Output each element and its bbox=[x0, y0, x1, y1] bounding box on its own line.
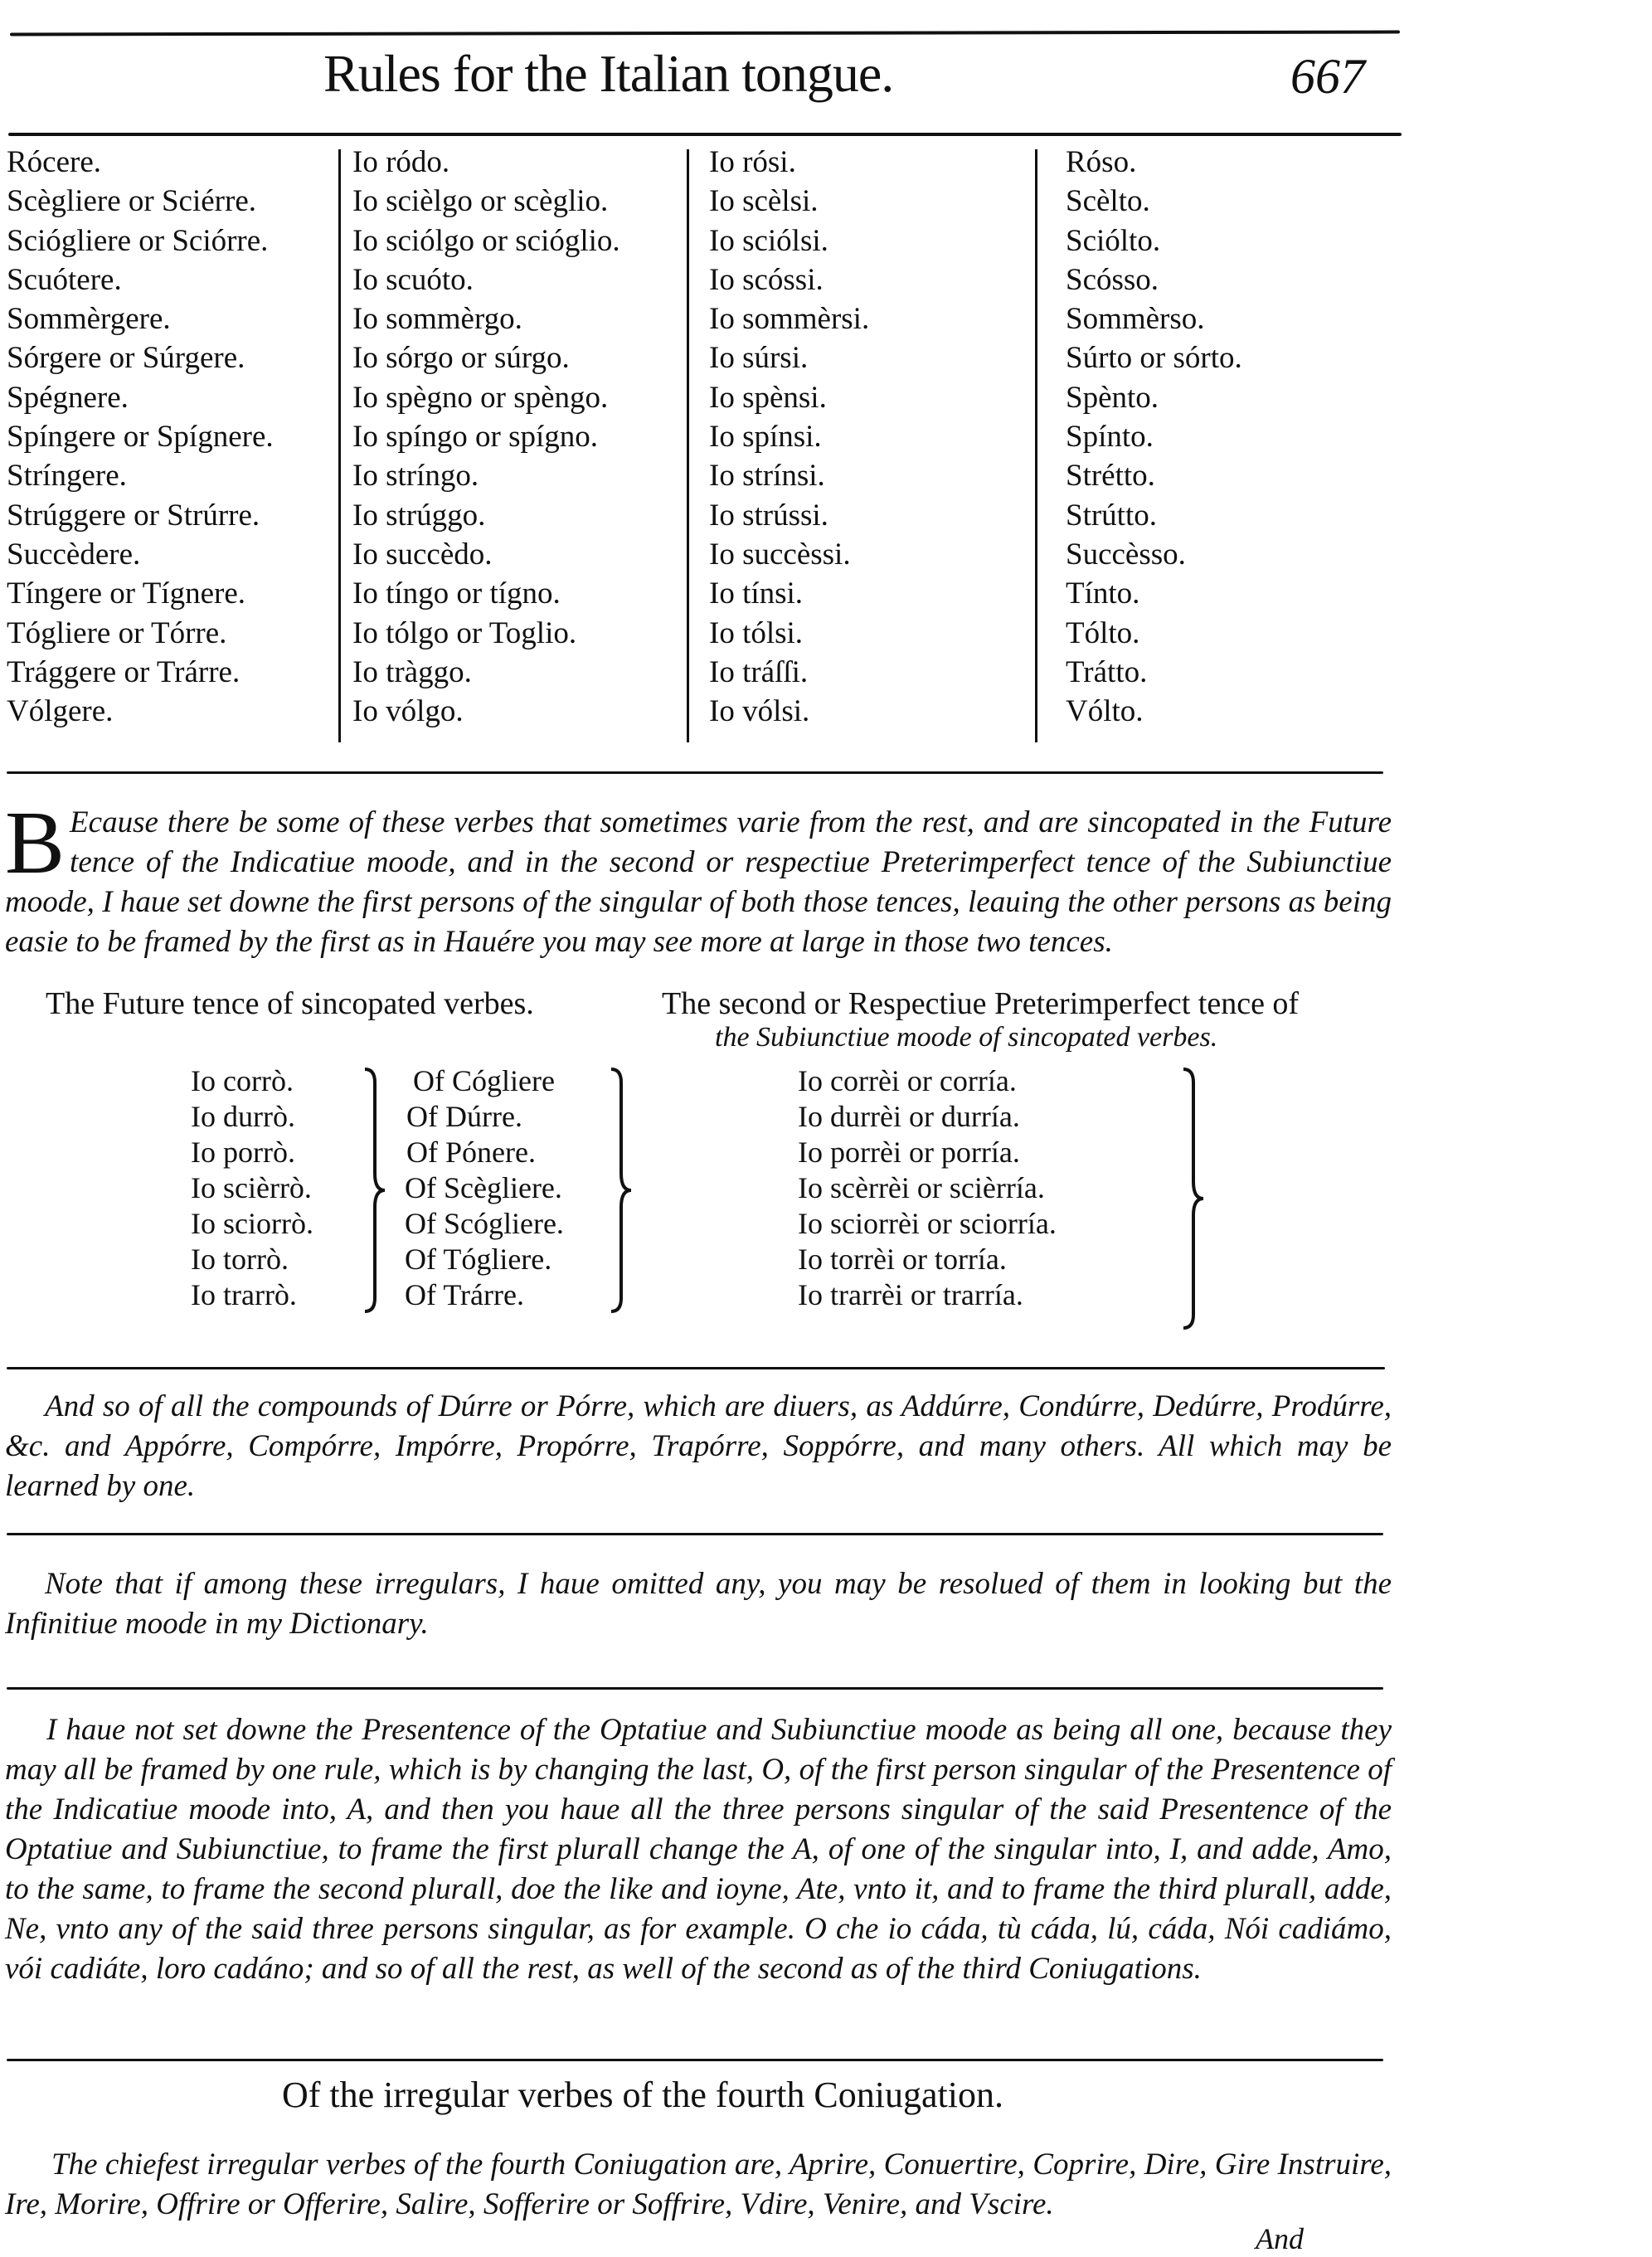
table-cell: Sciólto. bbox=[1066, 221, 1242, 260]
right-brace-icon bbox=[1182, 1066, 1207, 1331]
table-cell: Sciógliere or Sciórre. bbox=[7, 221, 274, 260]
future-form: Io porrò. bbox=[191, 1135, 295, 1171]
future-form: Io scièrrò. bbox=[191, 1170, 312, 1207]
table-cell: Súrto or sórto. bbox=[1066, 338, 1242, 377]
future-source-verb: Of Dúrre. bbox=[406, 1099, 522, 1136]
respectiue-form: Io torrèi or torría. bbox=[798, 1242, 1007, 1278]
table-cell: Io strínsi. bbox=[709, 456, 869, 495]
table-cell: Io tólsi. bbox=[709, 614, 869, 653]
table-cell: Tógliere or Tórre. bbox=[7, 614, 274, 653]
table-cell: Strúggere or Strúrre. bbox=[7, 496, 274, 535]
future-source-verb: Of Trárre. bbox=[405, 1277, 524, 1314]
future-source-verb: Of Cógliere bbox=[413, 1063, 555, 1100]
intro-paragraph: B Ecause there be some of these verbes t… bbox=[5, 803, 1392, 962]
table-cell: Io sciólgo or scióglio. bbox=[352, 221, 620, 260]
table-cell: Sórgere or Súrgere. bbox=[7, 338, 274, 377]
table-cell: Io strússi. bbox=[709, 496, 869, 535]
table-cell: Io vólgo. bbox=[352, 692, 620, 731]
table-cell: Sommèrgere. bbox=[7, 299, 274, 338]
respectiue-form: Io scèrrèi or scièrría. bbox=[798, 1170, 1045, 1207]
irregular-verb-table: Rócere. Scègliere or Sciérre. Sciógliere… bbox=[0, 143, 1652, 748]
table-cell: Stríngere. bbox=[7, 456, 274, 495]
future-form: Io sciorrò. bbox=[191, 1206, 313, 1243]
section-divider bbox=[7, 771, 1383, 774]
respectiue-form: Io trarrèi or trarría. bbox=[798, 1277, 1023, 1314]
table-cell: Io scèlsi. bbox=[709, 182, 869, 221]
table-cell: Scuótere. bbox=[7, 260, 274, 299]
respectiue-form: Io porrèi or porría. bbox=[798, 1135, 1020, 1171]
table-cell: Tínto. bbox=[1066, 574, 1242, 613]
future-source-verb: Of Scógliere. bbox=[405, 1206, 564, 1243]
table-cell: Strétto. bbox=[1066, 456, 1242, 495]
table-cell: Succèsso. bbox=[1066, 535, 1242, 574]
table-cell: Tíngere or Tígnere. bbox=[7, 574, 274, 613]
page-number: 667 bbox=[1290, 48, 1365, 105]
table-cell: Strútto. bbox=[1066, 496, 1242, 535]
table-cell: Io tráſſi. bbox=[709, 653, 869, 692]
section-divider bbox=[7, 1687, 1383, 1690]
intro-text: Ecause there be some of these verbes tha… bbox=[5, 805, 1392, 959]
table-cell: Io sommèrgo. bbox=[352, 299, 620, 338]
future-source-verb: Of Tógliere. bbox=[405, 1242, 551, 1278]
table-cell: Trátto. bbox=[1066, 653, 1242, 692]
note-paragraph: Note that if among these irregulars, I h… bbox=[5, 1564, 1392, 1644]
column-divider bbox=[338, 149, 341, 742]
table-cell: Trággere or Trárre. bbox=[7, 653, 274, 692]
table-cell: Vólgere. bbox=[7, 692, 274, 731]
table-cell: Io súrsi. bbox=[709, 338, 869, 377]
table-cell: Vólto. bbox=[1066, 692, 1242, 731]
table-cell: Spégnere. bbox=[7, 378, 274, 417]
page-title: Rules for the Italian tongue. bbox=[323, 43, 893, 105]
table-cell: Io sciólsi. bbox=[709, 221, 869, 260]
table-cell: Sommèrso. bbox=[1066, 299, 1242, 338]
left-brace-icon bbox=[363, 1066, 388, 1315]
table-cell: Spènto. bbox=[1066, 378, 1242, 417]
participle-column: Róso. Scèlto. Sciólto. Scósso. Sommèrso.… bbox=[1066, 143, 1242, 731]
optatiue-paragraph: I haue not set downe the Presentence of … bbox=[5, 1710, 1392, 1989]
table-cell: Róso. bbox=[1066, 143, 1242, 182]
fourth-coniugation-paragraph: The chiefest irregular verbes of the fou… bbox=[5, 2145, 1392, 2225]
table-cell: Io vólsi. bbox=[709, 692, 869, 731]
table-cell: Rócere. bbox=[7, 143, 274, 182]
future-source-verb: Of Scègliere. bbox=[405, 1170, 562, 1207]
table-cell: Io tólgo or Toglio. bbox=[352, 614, 620, 653]
table-cell: Tólto. bbox=[1066, 614, 1242, 653]
table-cell: Io stríngo. bbox=[352, 456, 620, 495]
future-form: Io durrò. bbox=[191, 1099, 295, 1136]
table-cell: Scègliere or Sciérre. bbox=[7, 182, 274, 221]
respectiue-form: Io durrèi or durría. bbox=[798, 1099, 1020, 1136]
table-cell: Io scuóto. bbox=[352, 260, 620, 299]
table-cell: Io strúggo. bbox=[352, 496, 620, 535]
table-cell: Io spínsi. bbox=[709, 417, 869, 456]
future-form: Io corrò. bbox=[191, 1063, 294, 1100]
compounds-paragraph: And so of all the compounds of Dúrre or … bbox=[5, 1387, 1392, 1506]
respectiue-tence-title: The second or Respectiue Preterimperfect… bbox=[662, 985, 1299, 1022]
table-cell: Io spíngo or spígno. bbox=[352, 417, 620, 456]
future-form: Io trarrò. bbox=[191, 1277, 297, 1314]
future-form: Io torrò. bbox=[191, 1242, 289, 1278]
column-divider bbox=[687, 149, 689, 742]
fourth-coniugation-heading: Of the irregular verbes of the fourth Co… bbox=[282, 2074, 1003, 2116]
infinitive-column: Rócere. Scègliere or Sciérre. Sciógliere… bbox=[7, 143, 274, 731]
table-cell: Scèlto. bbox=[1066, 182, 1242, 221]
table-cell: Io scièlgo or scèglio. bbox=[352, 182, 620, 221]
future-tence-title: The Future tence of sincopated verbes. bbox=[46, 985, 534, 1022]
drop-cap: B bbox=[5, 808, 65, 879]
table-cell: Spíngere or Spígnere. bbox=[7, 417, 274, 456]
respectiue-form: Io corrèi or corría. bbox=[798, 1063, 1017, 1100]
table-cell: Succèdere. bbox=[7, 535, 274, 574]
table-cell: Io tínsi. bbox=[709, 574, 869, 613]
table-cell: Io ródo. bbox=[352, 143, 620, 182]
table-cell: Scósso. bbox=[1066, 260, 1242, 299]
column-divider bbox=[1035, 149, 1037, 742]
table-cell: Spínto. bbox=[1066, 417, 1242, 456]
preterite-column: Io rósi. Io scèlsi. Io sciólsi. Io scóss… bbox=[709, 143, 869, 731]
table-cell: Io spènsi. bbox=[709, 378, 869, 417]
table-cell: Io tràggo. bbox=[352, 653, 620, 692]
future-source-verb: Of Pónere. bbox=[406, 1135, 536, 1171]
section-divider bbox=[7, 1533, 1383, 1535]
respectiue-form: Io sciorrèi or sciorría. bbox=[798, 1206, 1057, 1243]
table-cell: Io rósi. bbox=[709, 143, 869, 182]
header-bottom-rule bbox=[8, 133, 1402, 136]
table-cell: Io spègno or spèngo. bbox=[352, 378, 620, 417]
header-top-rule bbox=[10, 31, 1400, 36]
respectiue-tence-subtitle: the Subiunctiue moode of sincopated verb… bbox=[715, 1022, 1217, 1053]
right-brace-icon bbox=[610, 1066, 634, 1315]
section-divider bbox=[7, 1367, 1385, 1369]
present-column: Io ródo. Io scièlgo or scèglio. Io sciól… bbox=[352, 143, 620, 731]
table-cell: Io sommèrsi. bbox=[709, 299, 869, 338]
table-cell: Io scóssi. bbox=[709, 260, 869, 299]
catchword: And bbox=[1256, 2221, 1304, 2256]
table-cell: Io sórgo or súrgo. bbox=[352, 338, 620, 377]
table-cell: Io tíngo or tígno. bbox=[352, 574, 620, 613]
table-cell: Io succèssi. bbox=[709, 535, 869, 574]
table-cell: Io succèdo. bbox=[352, 535, 620, 574]
section-divider bbox=[7, 2059, 1383, 2061]
